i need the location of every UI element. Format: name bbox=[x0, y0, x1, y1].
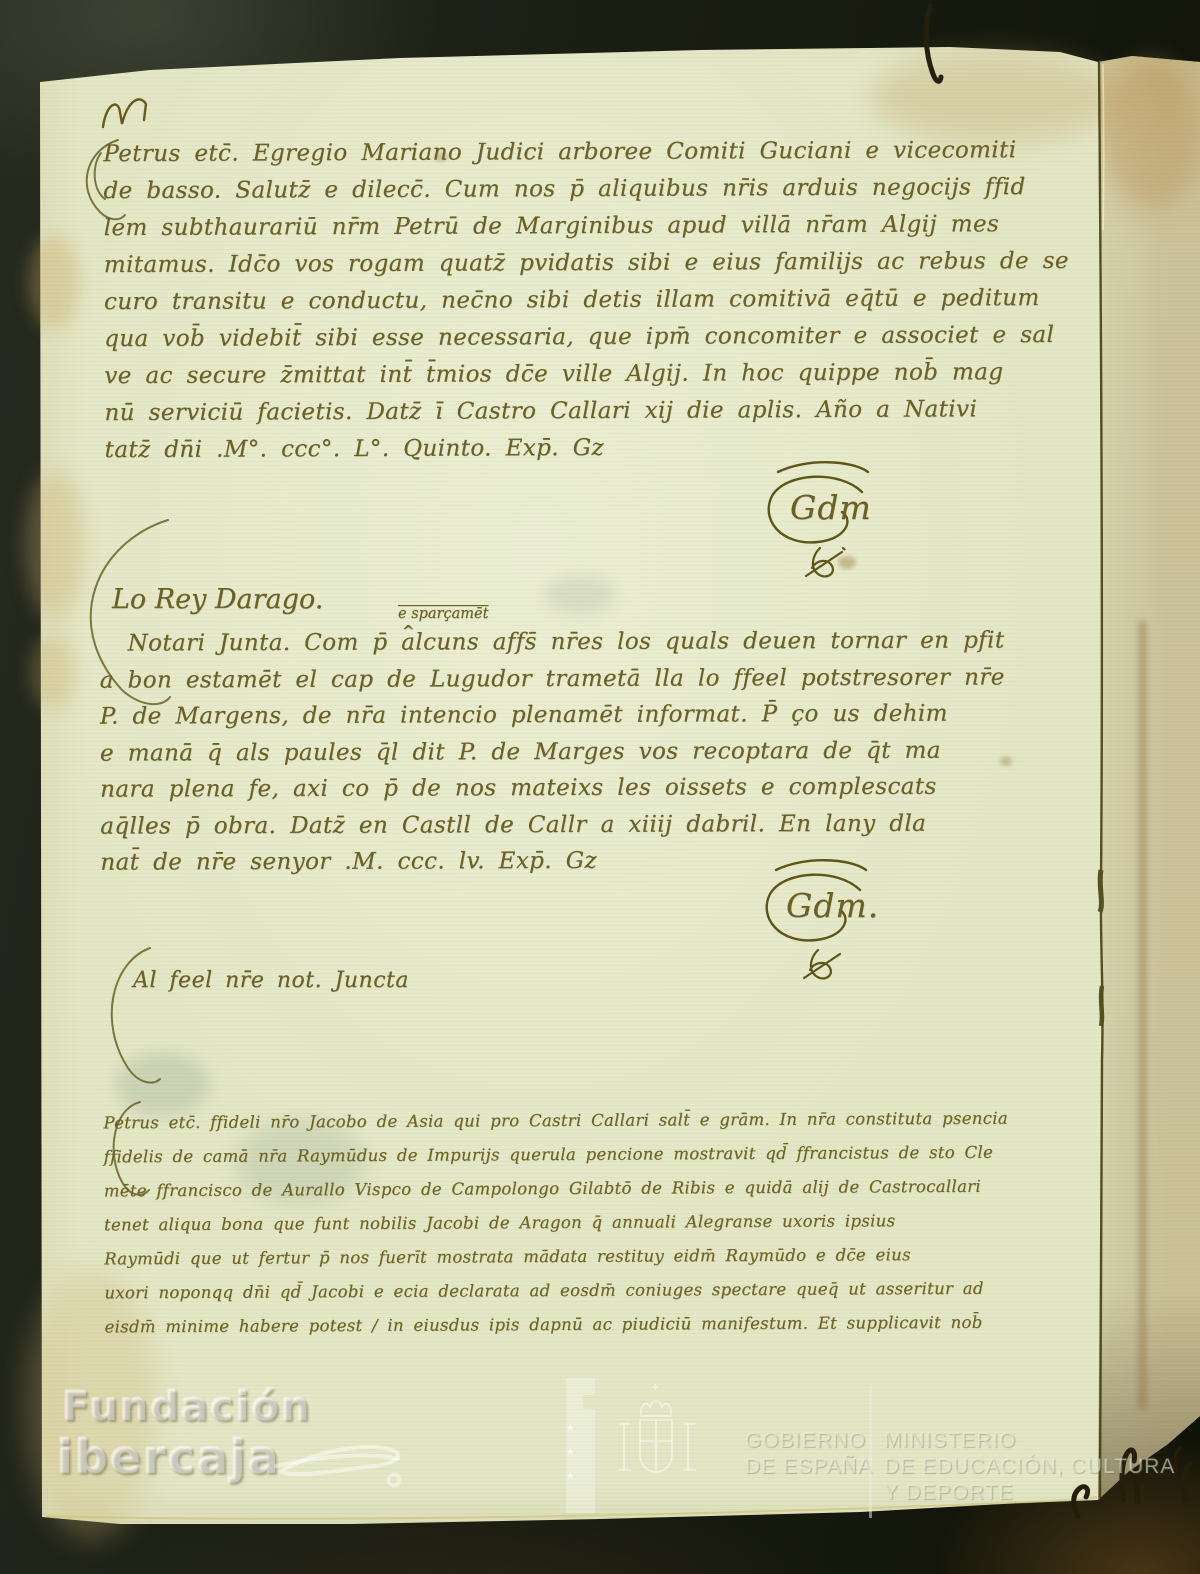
manuscript-line: ve ac secure z̄mittat int̄ t̄mios dc̄e v… bbox=[104, 354, 1069, 395]
manuscript-line: Raymūdi que ut fertur p̄ nos fuerīt most… bbox=[104, 1238, 1009, 1277]
page-edge-streak bbox=[1138, 620, 1147, 1410]
ministerio-line3: Y DEPORTE bbox=[884, 1480, 1175, 1506]
ministerio-line1: MINISTERIO bbox=[884, 1428, 1175, 1454]
manuscript-line: aq̄lles p̄ obra. Datz̄ en Castll de Call… bbox=[100, 805, 1005, 845]
manuscript-line: e manā q̄ als paules q̄l dit P. de Marge… bbox=[100, 732, 1005, 772]
manuscript-line: eisdm̄ minime habere potest / in eiusdus… bbox=[104, 1306, 1009, 1345]
manuscript-line: tatz̄ dn̄i .M°. ccc°. L°. Quinto. Exp̄. … bbox=[105, 428, 1070, 469]
stain bbox=[1104, 58, 1200, 208]
manuscript-line: nū serviciū facietis. Datz̄ ī Castro Cal… bbox=[104, 391, 1069, 432]
gobierno-line2: DE ESPAÑA bbox=[745, 1454, 873, 1480]
archival-scan-photo: Petrus etc̄. Egregio Mariano Judici arbo… bbox=[0, 0, 1200, 1574]
letter3-block: Petrus etc̄. ffideli nr̄o Jacobo de Asia… bbox=[103, 1102, 1009, 1345]
manuscript-line: uxori noponqq dn̄i qd̄ Jacobi e ecia dec… bbox=[104, 1272, 1009, 1311]
ministerio-line2: DE EDUCACIÓN, CULTURA bbox=[884, 1454, 1175, 1480]
gobierno-line1: GOBIERNO bbox=[745, 1428, 873, 1454]
letter2-heading: Lo Rey Darago. bbox=[112, 584, 323, 615]
watermark-divider bbox=[869, 1385, 872, 1518]
signature-gdm: Gdm. bbox=[786, 886, 879, 925]
manuscript-line: nara plena fe, axi co p̄ de nos mateixs … bbox=[100, 768, 1005, 808]
manuscript-line: ffidelis de camā nr̄a Raymūdus de Impuri… bbox=[104, 1136, 1009, 1175]
interlinear-insertion: e sparçamēt bbox=[398, 606, 488, 622]
letter1-block: Petrus etc̄. Egregio Mariano Judici arbo… bbox=[103, 132, 1069, 469]
manuscript-line: mēte ffrancisco de Aurallo Vispco de Cam… bbox=[104, 1170, 1009, 1209]
ibercaja-watermark-line1: Fundación bbox=[62, 1384, 311, 1430]
manuscript-line: mitamus. Idc̄o vos rogam quatz̄ pvidatis… bbox=[104, 243, 1069, 284]
address-line: Al feel nr̄e not. Juncta bbox=[133, 968, 409, 993]
ministerio-watermark: MINISTERIO DE EDUCACIÓN, CULTURA Y DEPOR… bbox=[884, 1428, 1175, 1506]
manuscript-line: nat̄ de nr̄e senyor .M. ccc. lv. Exp̄. G… bbox=[100, 841, 1005, 881]
manuscript-line: Notari Junta. Com p̄ alcuns affs̄ nr̄es … bbox=[100, 622, 1005, 662]
manuscript-line: Petrus etc̄. ffideli nr̄o Jacobo de Asia… bbox=[103, 1102, 1008, 1141]
manuscript-line: de basso. Salutz̄ e dilecc̄. Cum nos p̄ … bbox=[103, 169, 1068, 210]
manuscript-line: lem subthaurariū nr̄m Petrū de Marginibu… bbox=[104, 206, 1069, 247]
manuscript-line: P. de Margens, de nr̄a intencio plenamēt… bbox=[100, 695, 1005, 735]
gobierno-watermark: GOBIERNO DE ESPAÑA bbox=[745, 1428, 873, 1480]
manuscript-line: tenet aliqua bona que funt nobilis Jacob… bbox=[104, 1204, 1009, 1243]
manuscript-line: qua vob̄ videbit̄ sibi esse necessaria, … bbox=[104, 317, 1069, 358]
manuscript-line: a bon estamēt el cap de Lugudor trametā … bbox=[100, 659, 1005, 699]
manuscript-line: curo transitu e conductu, nec̄no sibi de… bbox=[104, 280, 1069, 321]
letter2-block: Notari Junta. Com p̄ alcuns affs̄ nr̄es … bbox=[100, 622, 1006, 881]
signature-gdm: Gdm bbox=[790, 488, 872, 527]
manuscript-line: Petrus etc̄. Egregio Mariano Judici arbo… bbox=[103, 132, 1068, 173]
ibercaja-watermark-line2: ibercaja bbox=[57, 1430, 281, 1484]
